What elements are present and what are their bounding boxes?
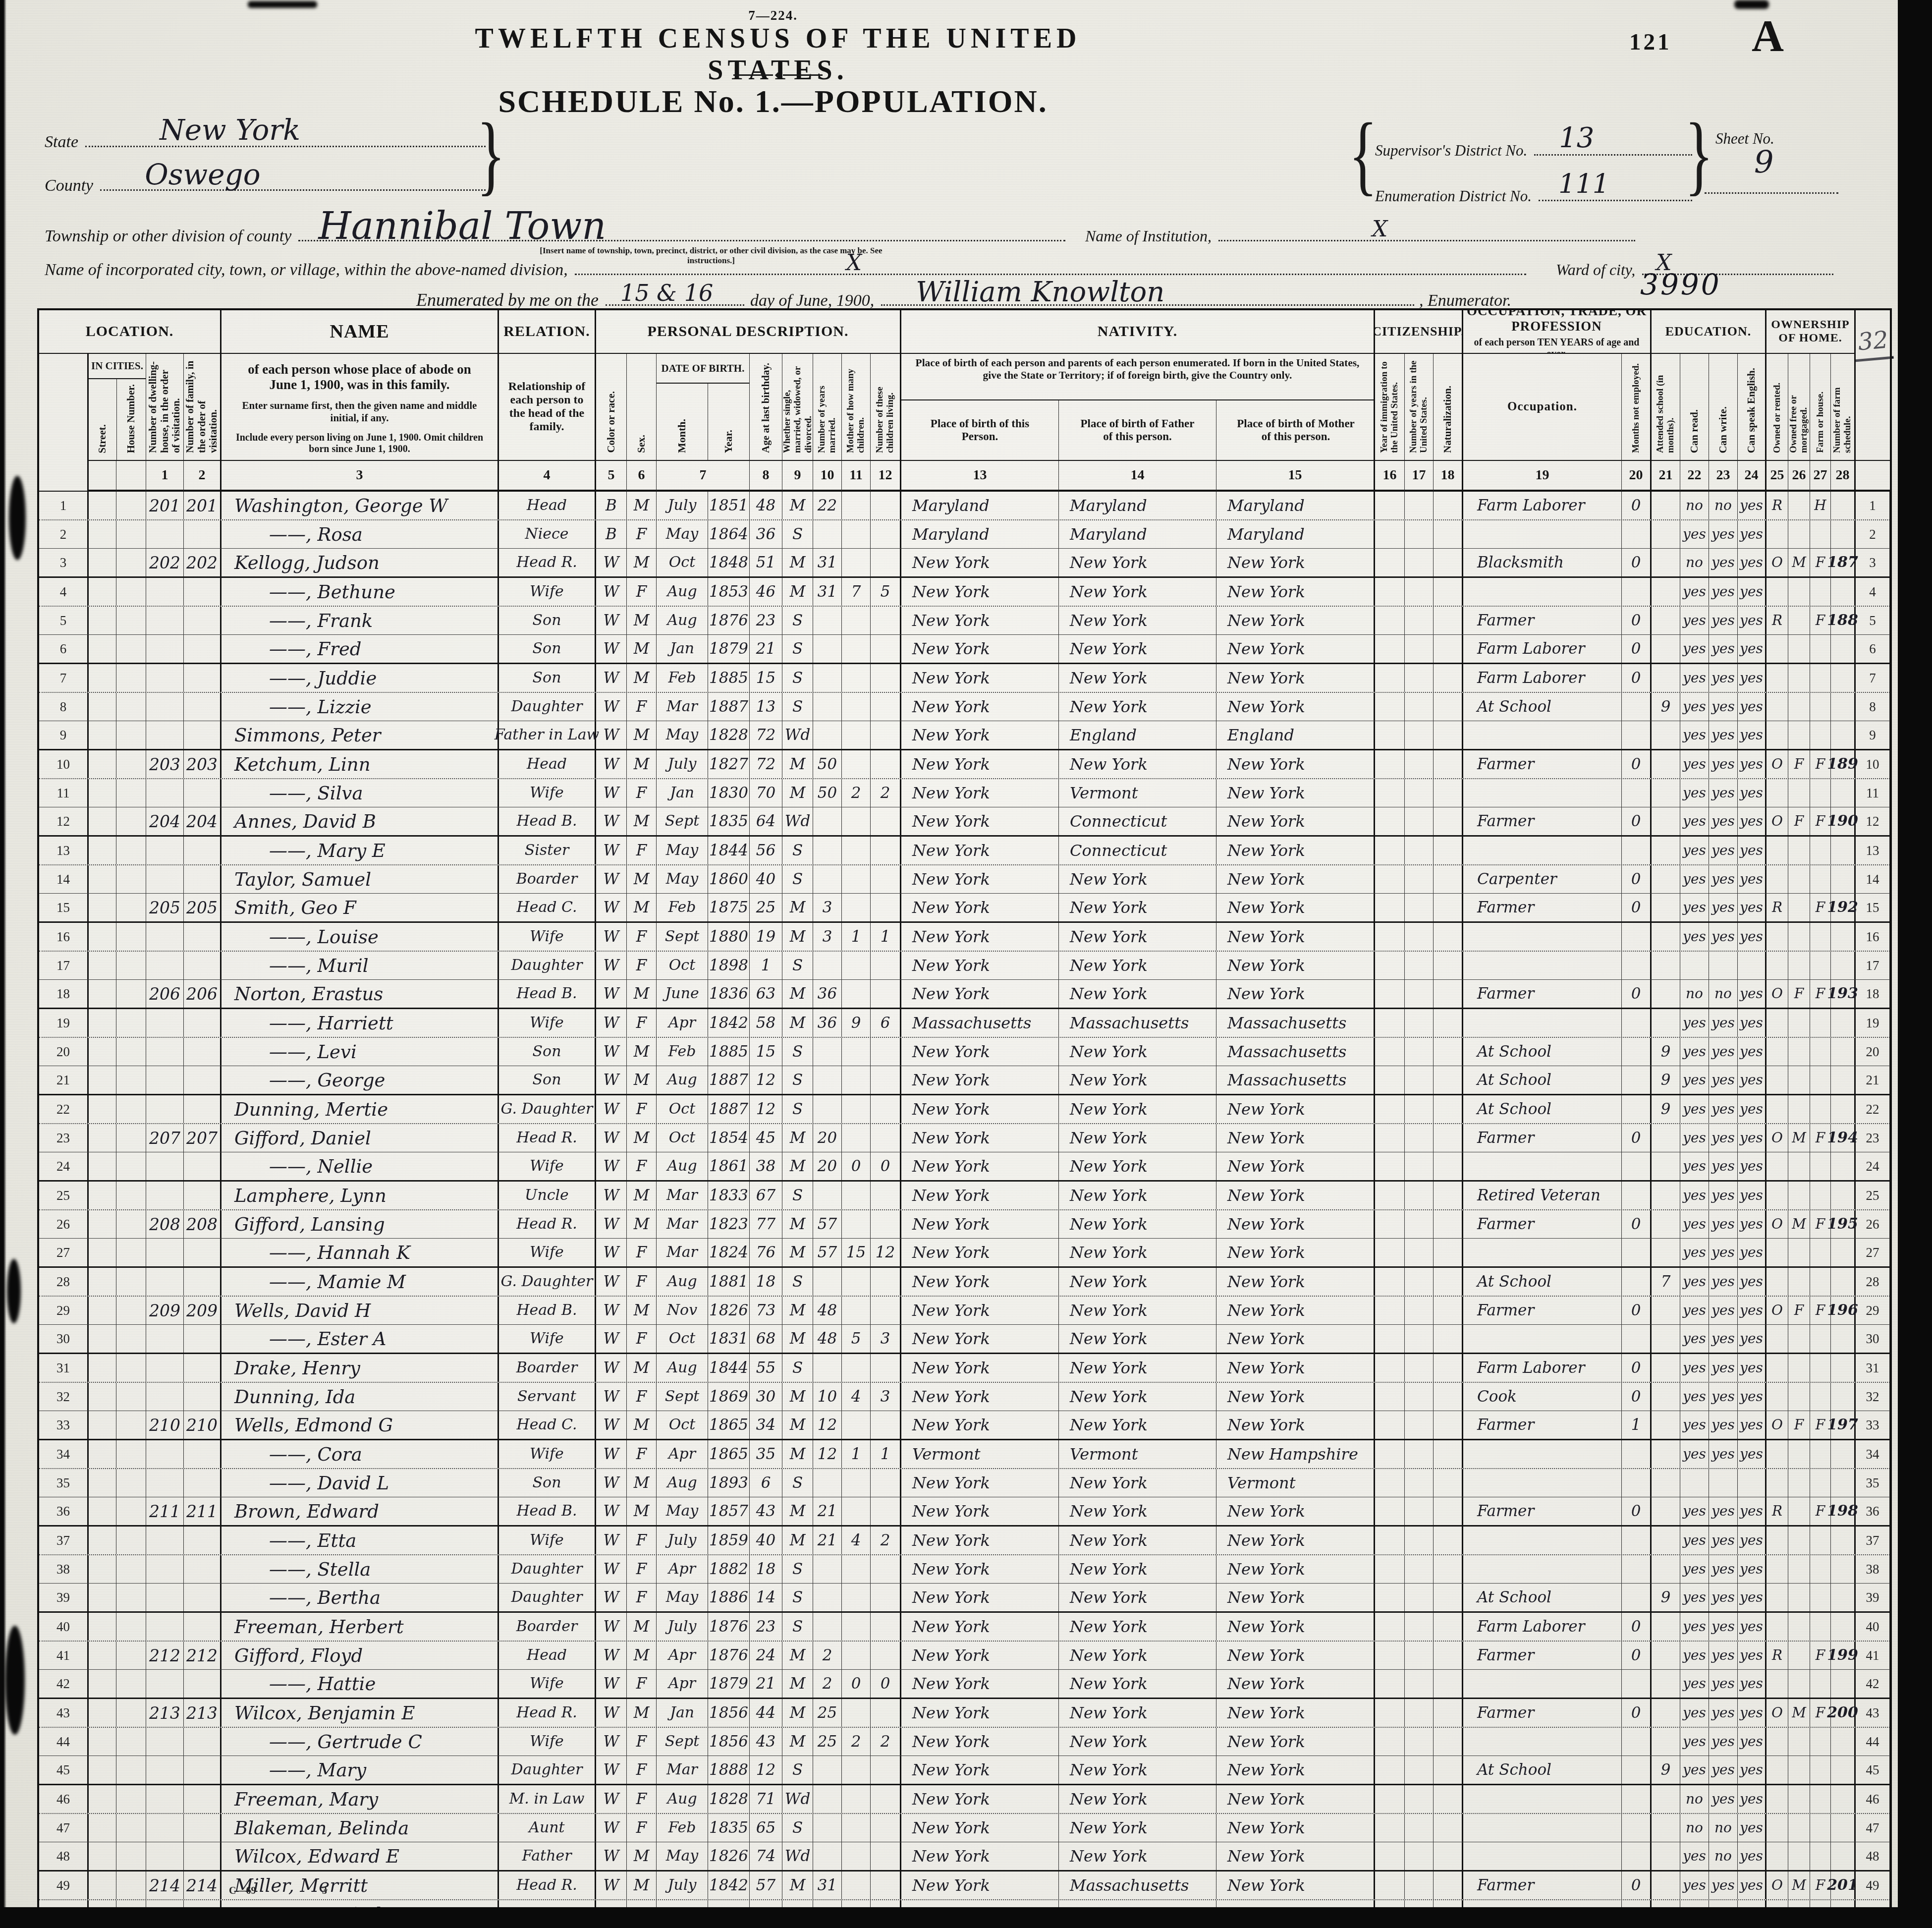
cell-rn: 8 <box>1856 693 1890 721</box>
cell-mon: May <box>657 837 708 864</box>
cell-house <box>116 1814 146 1842</box>
cell-sex: F <box>627 578 657 606</box>
cell-en: yes <box>1738 721 1766 749</box>
cell-om <box>1788 923 1810 951</box>
cell-mar: M <box>782 1124 813 1152</box>
cell-mar: M <box>782 923 813 951</box>
script-number-note: 3990 <box>1640 268 1721 301</box>
cell-en: yes <box>1738 1584 1766 1611</box>
cell-color: W <box>596 1325 627 1353</box>
cell-age: 71 <box>750 1785 782 1813</box>
cell-om: F <box>1788 1411 1810 1439</box>
cell-nat <box>1434 1440 1463 1468</box>
cell-imm <box>1375 1440 1405 1468</box>
cell-rd: yes <box>1680 1297 1709 1324</box>
cell-mc <box>842 635 871 663</box>
group-occupation-title: OCCUPATION, TRADE, OR PROFESSION <box>1466 310 1647 334</box>
cell-cl <box>871 520 901 548</box>
cell-pob: New York <box>901 1268 1059 1296</box>
cell-ln: 47 <box>39 1814 89 1842</box>
cell-rel: Father in Law <box>499 721 596 749</box>
cell-occ <box>1463 1469 1622 1497</box>
cell-rel: Uncle <box>499 1182 596 1209</box>
cell-rel: Father <box>499 1842 596 1870</box>
cell-imm <box>1375 923 1405 951</box>
cell-mc <box>842 1555 871 1583</box>
cell-rel: Son <box>499 1469 596 1497</box>
cell-rd: no <box>1680 1785 1709 1813</box>
cell-occ: Farmer <box>1463 1497 1622 1525</box>
cell-sch <box>1652 520 1680 548</box>
cell-en: yes <box>1738 1152 1766 1180</box>
cell-street <box>89 1613 116 1641</box>
cell-sex: M <box>627 1297 657 1324</box>
census-row: 6——, FredSonWMJan187921SNew YorkNew York… <box>39 635 1890 664</box>
cell-mne: 0 <box>1622 894 1652 921</box>
cell-nat <box>1434 1584 1463 1611</box>
cell-rd: yes <box>1680 1670 1709 1698</box>
cell-fh <box>1810 1814 1831 1842</box>
cell-yus <box>1405 952 1434 979</box>
cell-rel: Daughter <box>499 693 596 721</box>
cell-fh <box>1810 578 1831 606</box>
cell-ym <box>813 837 842 864</box>
cell-ns <box>1831 923 1856 951</box>
cell-mar: S <box>782 1182 813 1209</box>
cell-fh <box>1810 1785 1831 1813</box>
cell-fam <box>184 1095 221 1123</box>
cell-mar: M <box>782 1239 813 1266</box>
cell-fh <box>1810 1527 1831 1554</box>
cell-mon: Feb <box>657 1038 708 1066</box>
cell-yr: 1835 <box>708 807 750 835</box>
cell-dw <box>146 1842 184 1870</box>
cell-mar: M <box>782 1728 813 1756</box>
paper-sheet: 7—224. TWELFTH CENSUS OF THE UNITED STAT… <box>0 0 1898 1907</box>
cell-cl: 0 <box>871 1670 901 1698</box>
group-location: LOCATION. <box>39 310 221 354</box>
colnum-1: 1 <box>146 461 184 492</box>
cell-pob: Vermont <box>901 1440 1059 1468</box>
cell-wr: yes <box>1709 1555 1738 1583</box>
cell-mon: Mar <box>657 1210 708 1238</box>
cell-age: 63 <box>750 980 782 1008</box>
cell-mne: 0 <box>1622 549 1652 576</box>
cell-imm <box>1375 1124 1405 1152</box>
cell-pobf: New York <box>1059 1642 1216 1669</box>
cell-mar: M <box>782 1670 813 1698</box>
colnum-10: 10 <box>813 461 842 492</box>
cell-rd: yes <box>1680 1555 1709 1583</box>
cell-pob: New York <box>901 693 1059 721</box>
cell-color: W <box>596 1814 627 1842</box>
cell-mne <box>1622 1756 1652 1784</box>
cell-ns <box>1831 1152 1856 1180</box>
cell-mc: 15 <box>842 1239 871 1266</box>
cell-mc <box>842 1785 871 1813</box>
cell-pobf: New York <box>1059 1297 1216 1324</box>
cell-mc: 4 <box>842 1527 871 1554</box>
cell-color: W <box>596 980 627 1008</box>
cell-mar: M <box>782 1383 813 1411</box>
cell-imm <box>1375 865 1405 893</box>
cell-ow <box>1766 1095 1788 1123</box>
cell-house <box>116 865 146 893</box>
cell-ow <box>1766 1584 1788 1611</box>
cell-pobf: New York <box>1059 1095 1216 1123</box>
cell-wr: yes <box>1709 1642 1738 1669</box>
cell-dw <box>146 607 184 634</box>
cell-rel: Boarder <box>499 1613 596 1641</box>
cell-ln: 29 <box>39 1297 89 1324</box>
cell-sex: F <box>627 1325 657 1353</box>
cell-sex: M <box>627 1871 657 1899</box>
cell-wr: yes <box>1709 1584 1738 1611</box>
cell-ym: 25 <box>813 1699 842 1727</box>
township-label: Township or other division of county <box>45 227 291 246</box>
cell-ln: 3 <box>39 549 89 576</box>
cell-mne <box>1622 1785 1652 1813</box>
cell-house <box>116 1095 146 1123</box>
enumerator-line: William Knowlton <box>881 299 1414 306</box>
colnum-27: 27 <box>1810 461 1831 492</box>
cell-ln: 11 <box>39 779 89 807</box>
census-row: 14Taylor, SamuelBoarderWMMay186040SNew Y… <box>39 865 1890 894</box>
cell-wr: yes <box>1709 1239 1738 1266</box>
cell-pobf: New York <box>1059 1038 1216 1066</box>
cell-rn: 21 <box>1856 1066 1890 1094</box>
cell-imm <box>1375 1210 1405 1238</box>
cell-street <box>89 1095 116 1123</box>
cell-pobm: Maryland <box>1216 520 1375 548</box>
cell-pobf: England <box>1059 721 1216 749</box>
cell-age: 13 <box>750 693 782 721</box>
cell-dw: 205 <box>146 894 184 921</box>
enumeration-label: Enumeration District No. <box>1375 187 1532 205</box>
nativity-block: Place of birth of each person and parent… <box>901 354 1375 461</box>
cell-nat <box>1434 664 1463 692</box>
cell-pobf: New York <box>1059 1268 1216 1296</box>
cell-pobm: New York <box>1216 1152 1375 1180</box>
cell-pob: New York <box>901 549 1059 576</box>
cell-occ: Farmer <box>1463 607 1622 634</box>
cell-imm <box>1375 549 1405 576</box>
census-row: 9Simmons, PeterFather in LawWMMay182872W… <box>39 721 1890 750</box>
cell-rd: yes <box>1680 693 1709 721</box>
cell-fh <box>1810 1670 1831 1698</box>
cell-mar: M <box>782 1325 813 1353</box>
cell-en: yes <box>1738 1411 1766 1439</box>
cell-pob: New York <box>901 923 1059 951</box>
cell-wr: yes <box>1709 894 1738 921</box>
cell-color: W <box>596 721 627 749</box>
cell-mon: Feb <box>657 664 708 692</box>
cell-rd: yes <box>1680 1584 1709 1611</box>
cell-mne: 1 <box>1622 1411 1652 1439</box>
cell-fam <box>184 1842 221 1870</box>
cell-color: W <box>596 1699 627 1727</box>
cell-name: Gifford, Floyd <box>221 1642 499 1669</box>
cell-street <box>89 721 116 749</box>
cell-sch <box>1652 721 1680 749</box>
col-marital-header: Whether single, married, widowed, or div… <box>782 354 813 461</box>
cell-yr: 1853 <box>708 578 750 606</box>
census-row: 49214214Miller, MerrittHead R.WMJuly1842… <box>39 1871 1890 1900</box>
cell-dw <box>146 520 184 548</box>
enumerated-days-line: 15 & 16 <box>606 299 744 306</box>
cell-fh <box>1810 1095 1831 1123</box>
cell-fam: 208 <box>184 1210 221 1238</box>
cell-rel: Head B. <box>499 1297 596 1324</box>
cell-ym: 31 <box>813 549 842 576</box>
cell-fam <box>184 1728 221 1756</box>
county-label: County <box>45 176 93 195</box>
cell-sex: M <box>627 664 657 692</box>
cell-occ <box>1463 923 1622 951</box>
cell-fh <box>1810 1009 1831 1037</box>
cell-nat <box>1434 721 1463 749</box>
cell-rn: 22 <box>1856 1095 1890 1123</box>
cell-om <box>1788 1584 1810 1611</box>
cell-pob: New York <box>901 1210 1059 1238</box>
cell-cl <box>871 1814 901 1842</box>
cell-mon: Jan <box>657 635 708 663</box>
cell-occ: Blacksmith <box>1463 549 1622 576</box>
cell-en: yes <box>1738 807 1766 835</box>
cell-age: 38 <box>750 1152 782 1180</box>
cell-fam <box>184 1038 221 1066</box>
cell-imm <box>1375 1411 1405 1439</box>
cell-pobf: New York <box>1059 1325 1216 1353</box>
cell-pobm: New York <box>1216 1584 1375 1611</box>
cell-house <box>116 1527 146 1554</box>
cell-fh <box>1810 1152 1831 1180</box>
cell-occ <box>1463 578 1622 606</box>
cell-rn: 25 <box>1856 1182 1890 1209</box>
cell-ym: 57 <box>813 1210 842 1238</box>
cell-occ: Farm Laborer <box>1463 492 1622 519</box>
cell-ow <box>1766 779 1788 807</box>
cell-mc <box>842 1268 871 1296</box>
institution-value: X <box>1372 217 1387 242</box>
cell-name: Dunning, Ida <box>221 1383 499 1411</box>
cell-street <box>89 1497 116 1525</box>
cell-rn: 36 <box>1856 1497 1890 1525</box>
cell-rd: yes <box>1680 1756 1709 1784</box>
cell-dw: 209 <box>146 1297 184 1324</box>
county-dotted-line: Oswego <box>100 184 486 191</box>
cell-wr: yes <box>1709 1613 1738 1641</box>
county-value: Oswego <box>145 158 260 191</box>
cell-occ <box>1463 1239 1622 1266</box>
cell-ow: O <box>1766 980 1788 1008</box>
cell-ns <box>1831 865 1856 893</box>
cell-mc <box>842 952 871 979</box>
cell-color: W <box>596 779 627 807</box>
cell-pobm: Maryland <box>1216 492 1375 519</box>
cell-mar: S <box>782 693 813 721</box>
cell-om: M <box>1788 1871 1810 1899</box>
census-row: 48Wilcox, Edward EFatherWMMay182674WdNew… <box>39 1842 1890 1871</box>
cell-dw: 214 <box>146 1871 184 1899</box>
cell-ym <box>813 1785 842 1813</box>
cell-sex: F <box>627 1555 657 1583</box>
cell-sex: F <box>627 1584 657 1611</box>
cell-ym: 21 <box>813 1527 842 1554</box>
cell-rel: Boarder <box>499 865 596 893</box>
cell-fh <box>1810 1584 1831 1611</box>
cell-ow <box>1766 1239 1788 1266</box>
cell-mon: Sept <box>657 1383 708 1411</box>
cell-house <box>116 693 146 721</box>
cell-cl <box>871 1095 901 1123</box>
cell-ns <box>1831 952 1856 979</box>
cell-fam <box>184 635 221 663</box>
cell-yr: 1836 <box>708 980 750 1008</box>
cell-yus <box>1405 1670 1434 1698</box>
cell-dw <box>146 1152 184 1180</box>
cell-mon: Jan <box>657 1699 708 1727</box>
cell-nat <box>1434 894 1463 921</box>
cell-fam: 206 <box>184 980 221 1008</box>
cell-mc: 2 <box>842 779 871 807</box>
cell-en <box>1738 1469 1766 1497</box>
cell-pobm: New Hampshire <box>1216 1440 1375 1468</box>
cell-fam <box>184 1469 221 1497</box>
cell-occ <box>1463 779 1622 807</box>
cell-pobf: New York <box>1059 1670 1216 1698</box>
cell-ln: 10 <box>39 750 89 778</box>
group-education: EDUCATION. <box>1652 310 1766 354</box>
cell-rel: Wife <box>499 1009 596 1037</box>
cell-ym: 10 <box>813 1383 842 1411</box>
col-dwelling-header: Number of dwelling-house, in the order o… <box>146 354 184 461</box>
cell-ym: 57 <box>813 1239 842 1266</box>
cell-imm <box>1375 1871 1405 1899</box>
cell-ym <box>813 952 842 979</box>
cell-rd: yes <box>1680 1325 1709 1353</box>
cell-mar: M <box>782 1871 813 1899</box>
form-code: 7—224. <box>694 8 852 23</box>
cell-dw <box>146 1383 184 1411</box>
cell-en: yes <box>1738 1555 1766 1583</box>
cell-yr: 1824 <box>708 1239 750 1266</box>
cell-cl: 12 <box>871 1239 901 1266</box>
cell-pobm: Massachusetts <box>1216 1038 1375 1066</box>
cell-imm <box>1375 1066 1405 1094</box>
cell-ln: 36 <box>39 1497 89 1525</box>
cell-nat <box>1434 1239 1463 1266</box>
cell-yus <box>1405 1613 1434 1641</box>
cell-color: W <box>596 750 627 778</box>
cell-ln: 19 <box>39 1009 89 1037</box>
cell-mne <box>1622 520 1652 548</box>
cell-yr: 1876 <box>708 1613 750 1641</box>
cell-ns <box>1831 1670 1856 1698</box>
cell-sch <box>1652 779 1680 807</box>
state-field: State New York <box>45 133 486 152</box>
cell-cl <box>871 837 901 864</box>
cell-ns <box>1831 1584 1856 1611</box>
cell-pobm: New York <box>1216 980 1375 1008</box>
cell-om <box>1788 1440 1810 1468</box>
cell-street <box>89 1469 116 1497</box>
cell-street <box>89 1440 116 1468</box>
cell-imm <box>1375 1354 1405 1382</box>
cell-ns: 188 <box>1831 607 1856 634</box>
cell-imm <box>1375 1699 1405 1727</box>
cell-wr: yes <box>1709 865 1738 893</box>
cell-cl <box>871 549 901 576</box>
colnum-14: 14 <box>1059 461 1216 492</box>
cell-yus <box>1405 894 1434 921</box>
cell-sch <box>1652 807 1680 835</box>
cell-yus <box>1405 1871 1434 1899</box>
cell-cl <box>871 693 901 721</box>
cell-sex: F <box>627 520 657 548</box>
cell-sch <box>1652 578 1680 606</box>
cell-pobf: New York <box>1059 750 1216 778</box>
cell-ns: 195 <box>1831 1210 1856 1238</box>
census-row: 8——, LizzieDaughterWFMar188713SNew YorkN… <box>39 693 1890 721</box>
cell-sch <box>1652 1497 1680 1525</box>
cell-mne <box>1622 1268 1652 1296</box>
cell-nat <box>1434 1210 1463 1238</box>
cell-mne: 0 <box>1622 1497 1652 1525</box>
cell-ow <box>1766 923 1788 951</box>
cell-house <box>116 520 146 548</box>
cell-ym <box>813 721 842 749</box>
cell-en: yes <box>1738 1613 1766 1641</box>
cell-mc: 1 <box>842 923 871 951</box>
cell-mc <box>842 1842 871 1870</box>
cell-house <box>116 1842 146 1870</box>
cell-rel: Niece <box>499 520 596 548</box>
cell-mon: Aug <box>657 607 708 634</box>
cell-street <box>89 1871 116 1899</box>
cell-name: Drake, Henry <box>221 1354 499 1382</box>
cell-yr: 1865 <box>708 1440 750 1468</box>
cell-yus <box>1405 1009 1434 1037</box>
cell-rn: 47 <box>1856 1814 1890 1842</box>
colnum-right-blank <box>1856 461 1890 492</box>
cell-cl: 5 <box>871 578 901 606</box>
cell-fam <box>184 520 221 548</box>
cell-pob: New York <box>901 1584 1059 1611</box>
cell-yus <box>1405 1325 1434 1353</box>
cell-cl <box>871 1871 901 1899</box>
census-row: 18206206Norton, ErastusHead B.WMJune1836… <box>39 980 1890 1009</box>
cell-sch <box>1652 1699 1680 1727</box>
cell-imm <box>1375 1239 1405 1266</box>
cell-mar: M <box>782 578 813 606</box>
cell-yus <box>1405 865 1434 893</box>
census-row: 43213213Wilcox, Benjamin EHead R.WMJan18… <box>39 1699 1890 1728</box>
cell-en: yes <box>1738 1440 1766 1468</box>
cell-house <box>116 923 146 951</box>
cell-house <box>116 1785 146 1813</box>
cell-occ: Cook <box>1463 1383 1622 1411</box>
cell-mar: S <box>782 1066 813 1094</box>
scan-smudge <box>1734 0 1769 9</box>
cell-cl <box>871 1497 901 1525</box>
cell-dw <box>146 1268 184 1296</box>
cell-ow <box>1766 1325 1788 1353</box>
cell-yr: 1875 <box>708 894 750 921</box>
cell-yr: 1823 <box>708 1210 750 1238</box>
cell-en <box>1738 952 1766 979</box>
cell-yus <box>1405 635 1434 663</box>
